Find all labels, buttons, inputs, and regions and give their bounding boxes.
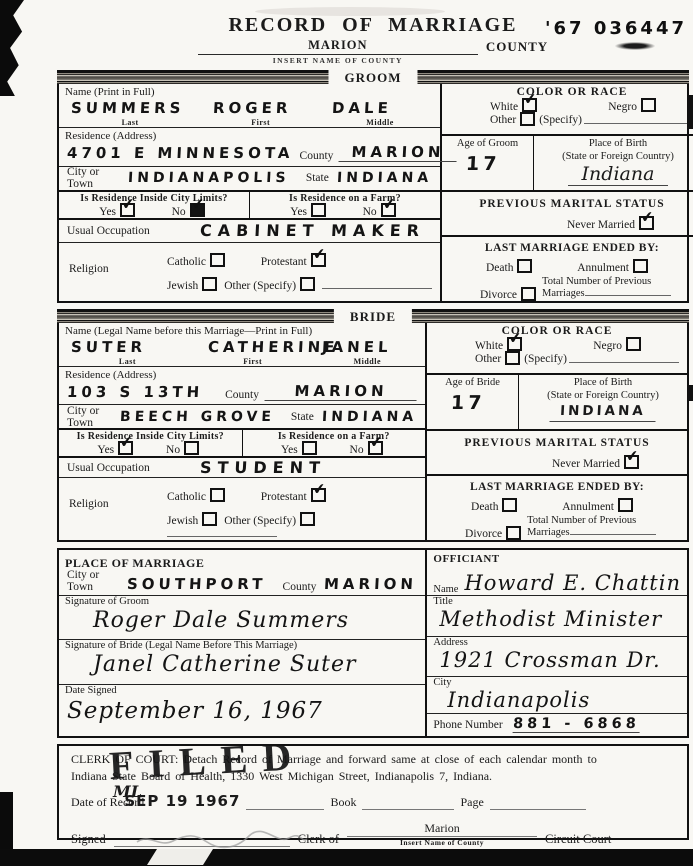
specify-label: (Specify) bbox=[524, 353, 567, 365]
bride-section: Name (Legal Name before this Marriage—Pr… bbox=[57, 323, 689, 542]
officiant-address-value: 1921 Crossman Dr. bbox=[439, 648, 681, 672]
groom-limits-no: No✔ bbox=[172, 203, 209, 218]
first-sublabel: First bbox=[197, 118, 324, 127]
groom-last-name: SUMMERS bbox=[71, 99, 185, 117]
blank-line bbox=[570, 527, 656, 535]
clerk-initials: ML bbox=[113, 782, 142, 801]
groom-city-value: INDIANAPOLIS bbox=[128, 170, 290, 186]
groom-first-name: ROGER bbox=[213, 99, 292, 117]
clerk-signed-row: Signed Clerk of Marion Insert Name of Co… bbox=[71, 821, 675, 847]
bride-last-name: SUTER bbox=[71, 338, 147, 356]
groom-section: Name (Print in Full) SUMMERSLast ROGERFi… bbox=[57, 84, 689, 303]
page-label: Page bbox=[460, 795, 483, 810]
bride-county-label: County bbox=[225, 389, 259, 401]
groom-white: White✔ bbox=[490, 98, 541, 113]
groom-name-row: Name (Print in Full) SUMMERSLast ROGERFi… bbox=[59, 84, 440, 128]
groom-marital-block: PREVIOUS MARITAL STATUS Never Married✔ bbox=[442, 192, 693, 237]
groom-ended-block: LAST MARRIAGE ENDED BY: Death Annulment … bbox=[442, 237, 693, 301]
bride-death: Death bbox=[471, 498, 521, 513]
groom-city-limits-question: Is Residence Inside City Limits? bbox=[59, 193, 249, 204]
clerk-signature bbox=[131, 829, 311, 851]
bride-limits-yes-checkbox: ✔ bbox=[118, 441, 133, 455]
bride-race-block: COLOR OR RACE White✔ Negro Other (Specif… bbox=[427, 323, 687, 375]
birth-label: Place of Birth bbox=[589, 138, 647, 149]
scan-artifact-right-1 bbox=[687, 95, 693, 129]
groom-residence-value: 4701 E MINNESOTA bbox=[67, 144, 294, 162]
bride-never-married-checkbox: ✔ bbox=[624, 455, 639, 469]
groom-county-label: County bbox=[300, 150, 334, 162]
officiant-name-value: Howard E. Chattin bbox=[464, 571, 681, 595]
county-name-value: MARION bbox=[198, 38, 478, 55]
middle-sublabel: Middle bbox=[324, 118, 436, 127]
divorce-label: Divorce bbox=[480, 289, 517, 301]
bride-middle-name: JANEL bbox=[321, 338, 392, 356]
groom-religion-row: Religion Catholic Protestant✔ Jewish Oth… bbox=[59, 243, 440, 301]
blank-line bbox=[569, 353, 679, 363]
county-word: COUNTY bbox=[486, 39, 548, 55]
insert-county-hint: INSERT NAME OF COUNTY bbox=[198, 56, 478, 65]
catholic-label: Catholic bbox=[167, 256, 206, 268]
bride-state-value: INDIANA bbox=[321, 409, 417, 425]
groom-annulment: Annulment bbox=[577, 259, 652, 274]
bride-religion-label: Religion bbox=[59, 478, 167, 549]
officiant-name-row: Name Howard E. Chattin bbox=[427, 565, 687, 596]
other-label: Other bbox=[490, 114, 516, 126]
marriage-city-value: SOUTHPORT bbox=[127, 575, 267, 593]
groom-limits-yes-checkbox: ✔ bbox=[120, 203, 135, 217]
bride-city-row: City or Town BEECH GROVE State INDIANA bbox=[59, 405, 425, 430]
bride-religion-row: Religion Catholic Protestant✔ Jewish Oth… bbox=[59, 478, 425, 549]
blank-line bbox=[585, 288, 671, 296]
bride-birth-value: INDIANA bbox=[550, 402, 657, 422]
groom-race-block: COLOR OR RACE White✔ Negro Other (Specif… bbox=[442, 84, 693, 136]
groom-white-checkbox: ✔ bbox=[522, 98, 537, 112]
groom-signature: Roger Dale Summers bbox=[93, 608, 419, 633]
bride-farm-yes-checkbox bbox=[302, 441, 317, 455]
bride-negro-checkbox bbox=[626, 337, 641, 351]
bride-farm-no-checkbox: ✔ bbox=[368, 441, 383, 455]
bride-catholic-checkbox bbox=[210, 488, 225, 502]
bride-ended-block: LAST MARRIAGE ENDED BY: Death Annulment … bbox=[427, 476, 687, 540]
groom-signature-row: Signature of Groom Roger Dale Summers bbox=[59, 596, 425, 641]
other-specify-label: Other (Specify) bbox=[224, 280, 296, 292]
blank-line bbox=[246, 800, 324, 810]
blank-line bbox=[167, 527, 277, 537]
bride-occupation-label: Usual Occupation bbox=[67, 462, 150, 474]
bride-city-limits-question: Is Residence Inside City Limits? bbox=[59, 431, 242, 442]
groom-residence-row: Residence (Address) 4701 E MINNESOTA Cou… bbox=[59, 128, 440, 167]
groom-state-label: State bbox=[306, 172, 329, 184]
race-title: COLOR OR RACE bbox=[442, 86, 693, 98]
other-label: Other bbox=[475, 353, 501, 365]
birth-sublabel: (State or Foreign Country) bbox=[547, 390, 659, 401]
groom-death: Death bbox=[486, 259, 536, 274]
check-mark: ✔ bbox=[191, 194, 205, 213]
jewish-label: Jewish bbox=[167, 515, 198, 527]
groom-jewish-checkbox bbox=[202, 277, 217, 291]
clerk-county-value: Marion bbox=[347, 821, 537, 837]
officiant-title-row: Title Methodist Minister bbox=[427, 596, 687, 636]
ended-title: LAST MARRIAGE ENDED BY: bbox=[427, 481, 687, 493]
groom-middle-name: DALE bbox=[332, 99, 393, 117]
bride-limits-no-checkbox bbox=[184, 441, 199, 455]
scan-artifact-sliver bbox=[147, 849, 213, 865]
bride-annulment: Annulment bbox=[562, 498, 637, 513]
date-signed-value: September 16, 1967 bbox=[67, 698, 419, 724]
groom-death-checkbox bbox=[517, 259, 532, 273]
groom-occupation-value: CABINET MAKER bbox=[199, 221, 425, 240]
book-label: Book bbox=[330, 795, 356, 810]
total-previous-label: Total Number of Previous bbox=[542, 276, 651, 287]
jewish-label: Jewish bbox=[167, 280, 198, 292]
groom-farm-no: No✔ bbox=[363, 203, 400, 218]
serial-number-stamp: '67 036447 bbox=[545, 18, 687, 39]
groom-limits-yes: Yes✔ bbox=[99, 203, 139, 218]
marriage-county-label: County bbox=[283, 581, 317, 593]
bride-signature-row: Signature of Bride (Legal Name Before Th… bbox=[59, 640, 425, 685]
bride-annulment-checkbox bbox=[618, 498, 633, 512]
scan-artifact-top-left bbox=[0, 0, 24, 96]
groom-occupation-label: Usual Occupation bbox=[67, 225, 150, 237]
first-sublabel: First bbox=[192, 357, 314, 366]
protestant-label: Protestant bbox=[261, 256, 307, 268]
scan-artifact-right-2 bbox=[688, 385, 693, 401]
groom-limits-no-checkbox: ✔ bbox=[190, 203, 205, 217]
officiant-phone-label: Phone Number bbox=[433, 719, 502, 731]
officiant-title-value: Methodist Minister bbox=[439, 607, 681, 631]
marriage-city-row: City or Town SOUTHPORT County MARION bbox=[59, 572, 425, 596]
bride-occupation-value: STUDENT bbox=[199, 458, 326, 477]
bride-state-label: State bbox=[291, 411, 314, 423]
bride-age-birth-block: Age of Bride 17 Place of Birth(State or … bbox=[427, 375, 687, 431]
last-sublabel: Last bbox=[63, 118, 197, 127]
groom-negro-checkbox bbox=[641, 98, 656, 112]
bride-limits-row: Is Residence Inside City Limits? Yes✔ No… bbox=[59, 430, 425, 458]
other-specify-label: Other (Specify) bbox=[224, 515, 296, 527]
stamp-smudge bbox=[615, 42, 655, 50]
bride-residence-row: Residence (Address) 103 S 13TH County MA… bbox=[59, 367, 425, 405]
bride-white: White✔ bbox=[475, 337, 526, 352]
date-of-record-row: Date of Record ML SEP 19 1967 Book Page bbox=[71, 792, 675, 810]
officiant-address-label: Address bbox=[433, 637, 681, 648]
scanned-marriage-record: RECORD OF MARRIAGE '67 036447 MARION INS… bbox=[0, 0, 693, 866]
groom-residence-label: Residence (Address) bbox=[59, 128, 440, 142]
groom-age-value: 17 bbox=[465, 153, 501, 175]
bride-name-row: Name (Legal Name before this Marriage—Pr… bbox=[59, 323, 425, 367]
groom-limits-row: Is Residence Inside City Limits? Yes✔ No… bbox=[59, 192, 440, 220]
bride-limits-no: No bbox=[166, 441, 203, 456]
groom-state-value: INDIANA bbox=[336, 170, 432, 186]
bride-death-checkbox bbox=[502, 498, 517, 512]
officiant-city-value: Indianapolis bbox=[447, 688, 681, 712]
total-previous-label: Total Number of Previous bbox=[527, 515, 636, 526]
officiant-title: OFFICIANT bbox=[427, 550, 687, 565]
blank-line bbox=[584, 114, 693, 124]
insert-county-hint: Insert Name of County bbox=[347, 838, 537, 847]
groom-age-birth-block: Age of Groom 17 Place of Birth(State or … bbox=[442, 136, 693, 192]
last-sublabel: Last bbox=[63, 357, 192, 366]
marriage-record-form: RECORD OF MARRIAGE '67 036447 MARION INS… bbox=[57, 6, 689, 840]
officiant-city-label: City bbox=[433, 677, 681, 688]
bride-age-label: Age of Bride bbox=[427, 375, 518, 388]
groom-city-label: City or Town bbox=[67, 166, 120, 190]
groom-other-race-checkbox bbox=[520, 112, 535, 126]
officiant-city-row: City Indianapolis bbox=[427, 677, 687, 714]
middle-sublabel: Middle bbox=[314, 357, 421, 366]
groom-name-label: Name (Print in Full) bbox=[59, 84, 440, 98]
groom-catholic-checkbox bbox=[210, 253, 225, 267]
never-married-label: Never Married bbox=[552, 458, 620, 470]
form-header: RECORD OF MARRIAGE '67 036447 MARION INS… bbox=[57, 6, 689, 70]
bride-section-bar: BRIDE bbox=[57, 309, 689, 323]
protestant-label: Protestant bbox=[261, 491, 307, 503]
check-mark: ✔ bbox=[121, 194, 135, 213]
ended-title: LAST MARRIAGE ENDED BY: bbox=[442, 242, 693, 254]
specify-label: (Specify) bbox=[539, 114, 582, 126]
groom-farm-yes: Yes bbox=[290, 203, 330, 218]
groom-farm-no-checkbox: ✔ bbox=[381, 203, 396, 217]
bride-divorce-checkbox bbox=[506, 526, 521, 540]
groom-farm-yes-checkbox bbox=[311, 203, 326, 217]
groom-religion-label: Religion bbox=[59, 243, 167, 301]
bride-farm-no: No✔ bbox=[350, 441, 387, 456]
race-title: COLOR OR RACE bbox=[427, 325, 687, 337]
scan-artifact-bottom-band bbox=[0, 849, 693, 866]
divorce-label: Divorce bbox=[465, 528, 502, 540]
never-married-label: Never Married bbox=[567, 219, 635, 231]
catholic-label: Catholic bbox=[167, 491, 206, 503]
birth-sublabel: (State or Foreign Country) bbox=[562, 151, 674, 162]
bride-farm-yes: Yes bbox=[281, 441, 321, 456]
circuit-court-label: Circuit Court bbox=[545, 832, 611, 847]
bride-other-religion-checkbox bbox=[300, 512, 315, 526]
groom-protestant-checkbox: ✔ bbox=[311, 253, 326, 267]
groom-other-religion-checkbox bbox=[300, 277, 315, 291]
county-line: MARION INSERT NAME OF COUNTY COUNTY bbox=[57, 38, 689, 65]
bride-age-value: 17 bbox=[450, 392, 486, 414]
marital-title: PREVIOUS MARITAL STATUS bbox=[442, 198, 693, 210]
officiant-address-row: Address 1921 Crossman Dr. bbox=[427, 637, 687, 677]
bride-protestant-checkbox: ✔ bbox=[311, 488, 326, 502]
groom-signature-label: Signature of Groom bbox=[65, 596, 419, 607]
groom-city-row: City or Town INDIANAPOLIS State INDIANA bbox=[59, 167, 440, 192]
bride-signature-label: Signature of Bride (Legal Name Before Th… bbox=[65, 640, 419, 651]
bride-residence-value: 103 S 13TH bbox=[67, 383, 220, 401]
bride-jewish-checkbox bbox=[202, 512, 217, 526]
blank-line bbox=[362, 800, 454, 810]
bride-limits-yes: Yes✔ bbox=[97, 441, 137, 456]
blank-line bbox=[322, 279, 432, 289]
groom-county-value: MARION bbox=[339, 143, 458, 162]
marriage-officiant-section: PLACE OF MARRIAGE City or Town SOUTHPORT… bbox=[57, 548, 689, 738]
bride-residence-label: Residence (Address) bbox=[59, 367, 425, 381]
clerk-box: FILED CLERK OF COURT: Detach Record of M… bbox=[57, 744, 689, 840]
officiant-name-label: Name bbox=[433, 584, 458, 595]
blank-line bbox=[490, 800, 586, 810]
groom-birth-value: Indiana bbox=[568, 163, 669, 186]
bride-county-value: MARION bbox=[264, 382, 417, 401]
officiant-phone-value: 881 - 6868 bbox=[512, 716, 640, 733]
bride-negro: Negro bbox=[593, 337, 645, 352]
marital-title: PREVIOUS MARITAL STATUS bbox=[427, 437, 687, 449]
bride-city-label: City or Town bbox=[67, 405, 112, 429]
signed-label: Signed bbox=[71, 832, 106, 847]
officiant-phone-row: Phone Number 881 - 6868 bbox=[427, 714, 687, 736]
groom-section-label: GROOM bbox=[329, 70, 418, 86]
bride-white-checkbox: ✔ bbox=[507, 337, 522, 351]
groom-section-bar: GROOM bbox=[57, 70, 689, 84]
bride-occupation-row: Usual Occupation STUDENT bbox=[59, 458, 425, 478]
bride-section-label: BRIDE bbox=[334, 309, 412, 325]
groom-negro: Negro bbox=[608, 98, 660, 113]
marriage-county-value: MARION bbox=[324, 575, 418, 593]
bride-other-race-checkbox bbox=[505, 351, 520, 365]
bride-signature: Janel Catherine Suter bbox=[93, 652, 419, 677]
groom-annulment-checkbox bbox=[633, 259, 648, 273]
groom-never-married-checkbox: ✔ bbox=[639, 216, 654, 230]
check-mark: ✔ bbox=[382, 194, 396, 213]
date-signed-label: Date Signed bbox=[65, 685, 419, 696]
groom-divorce-checkbox bbox=[521, 287, 536, 301]
bride-name-label: Name (Legal Name before this Marriage—Pr… bbox=[59, 323, 425, 337]
bride-city-value: BEECH GROVE bbox=[120, 409, 276, 425]
groom-occupation-row: Usual Occupation CABINET MAKER bbox=[59, 220, 440, 243]
marriage-city-label: City or Town bbox=[67, 569, 119, 593]
officiant-title-label: Title bbox=[433, 596, 681, 607]
date-signed-row: Date Signed September 16, 1967 bbox=[59, 685, 425, 736]
birth-label: Place of Birth bbox=[574, 377, 632, 388]
bride-marital-block: PREVIOUS MARITAL STATUS Never Married✔ bbox=[427, 431, 687, 476]
